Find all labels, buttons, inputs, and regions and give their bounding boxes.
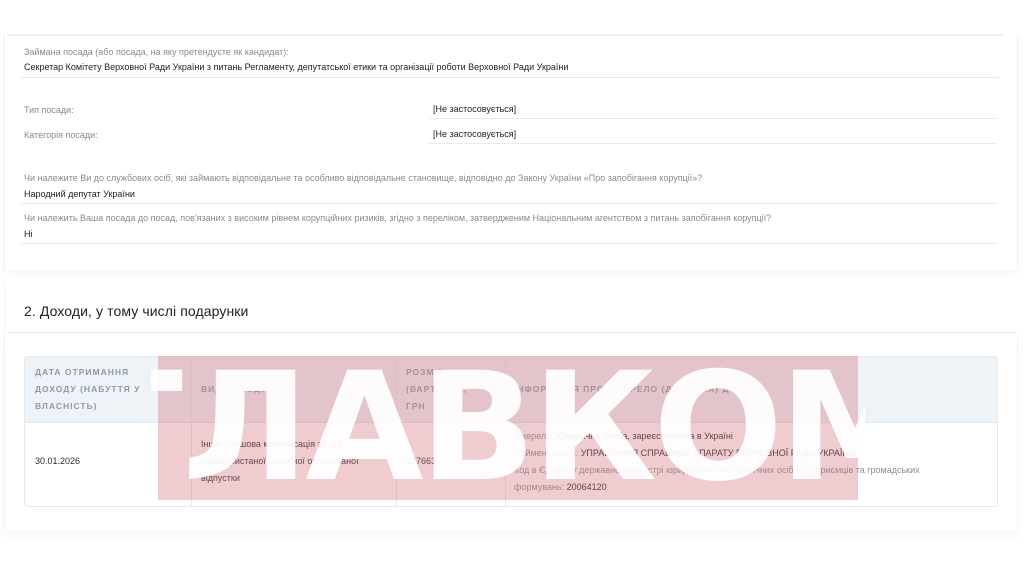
cell-date: 30.01.2026: [35, 453, 80, 470]
header-line: ДАТА ОТРИМАННЯ: [35, 364, 140, 381]
corruption-risk-value: Ні: [24, 229, 33, 239]
responsible-position-label: Чи належите Ви до службових осіб, які за…: [24, 173, 702, 183]
section-title: 2. Доходи, у тому числі подарунки: [24, 303, 248, 319]
declaration-page: Займана посада (або посада, на яку прете…: [0, 0, 1024, 577]
code-value: 20064120: [567, 482, 607, 492]
column-separator: [505, 357, 506, 506]
responsible-position-value: Народний депутат України: [24, 189, 135, 199]
header-line: ВЛАСНІСТЬ): [35, 398, 140, 415]
income-table: ДАТА ОТРИМАННЯ ДОХОДУ (НАБУТТЯ У ВЛАСНІС…: [24, 356, 998, 507]
divider: [21, 203, 997, 204]
table-header: ДАТА ОТРИМАННЯ ДОХОДУ (НАБУТТЯ У ВЛАСНІС…: [25, 357, 997, 423]
header-line: ГРН: [406, 398, 467, 415]
header-line: ДОХОДУ (НАБУТТЯ У: [35, 381, 140, 398]
divider: [21, 243, 997, 244]
cell-income-type: Інше: грошова компенсація за дні невикор…: [201, 436, 359, 487]
source-line: Джерело: Юридична особа, зареєстрована в…: [514, 428, 920, 445]
cell-source: Джерело: Юридична особа, зареєстрована в…: [514, 428, 920, 496]
divider: [429, 143, 997, 144]
position-category-value: [Не застосовується]: [433, 129, 516, 139]
source-label: Джерело:: [514, 431, 554, 441]
cell-amount: 487663: [406, 453, 436, 470]
column-header-source: ІНФОРМАЦІЯ ПРО ДЖЕРЕЛО (ДЖЕРЕЛА) ДОХОДУ: [514, 381, 764, 398]
position-card: Займана посада (або посада, на яку прете…: [4, 34, 1018, 270]
position-label: Займана посада (або посада, на яку прете…: [24, 47, 289, 57]
divider: [7, 34, 1003, 36]
position-type-label: Тип посади:: [24, 105, 74, 115]
position-type-value: [Не застосовується]: [433, 104, 516, 114]
header-line: ІНФОРМАЦІЯ ПРО ДЖЕРЕЛО (ДЖЕРЕЛА) ДОХОДУ: [514, 381, 764, 398]
code-label: формувань:: [514, 482, 564, 492]
column-header-amount: РОЗМІР (ВАРТІСТЬ), ГРН: [406, 364, 467, 415]
header-line: ВИД ДОХОДУ: [201, 381, 267, 398]
code-line: формувань: 20064120: [514, 479, 920, 496]
name-label: Найменування:: [514, 448, 578, 458]
position-value: Секретар Комітету Верховної Ради України…: [24, 62, 568, 72]
position-category-label: Категорія посади:: [24, 130, 98, 140]
divider: [21, 77, 999, 78]
cell-line: невикористаної щорічної оплачуваної: [201, 453, 359, 470]
column-header-income-type: ВИД ДОХОДУ: [201, 381, 267, 398]
cell-line: Інше: грошова компенсація за дні: [201, 436, 359, 453]
income-section-header: 2. Доходи, у тому числі подарунки: [4, 284, 1017, 334]
header-line: РОЗМІР: [406, 364, 467, 381]
cell-line: відпустки: [201, 470, 359, 487]
column-separator: [396, 357, 397, 506]
column-separator: [191, 357, 192, 506]
column-header-date: ДАТА ОТРИМАННЯ ДОХОДУ (НАБУТТЯ У ВЛАСНІС…: [35, 364, 140, 415]
source-value: Юридична особа, зареєстрована в Україні: [556, 431, 733, 441]
code-label: Код в Єдиному державному реєстрі юридичн…: [514, 462, 920, 479]
corruption-risk-label: Чи належить Ваша посада до посад, пов'яз…: [24, 213, 771, 223]
divider: [7, 332, 1017, 333]
name-line: Найменування: УПРАВЛІННЯ СПРАВАМИ АПАРАТ…: [514, 445, 920, 462]
header-line: (ВАРТІСТЬ),: [406, 381, 467, 398]
divider: [429, 118, 997, 119]
name-value: УПРАВЛІННЯ СПРАВАМИ АПАРАТУ ВЕРХОВНОЇ РА…: [581, 448, 856, 458]
